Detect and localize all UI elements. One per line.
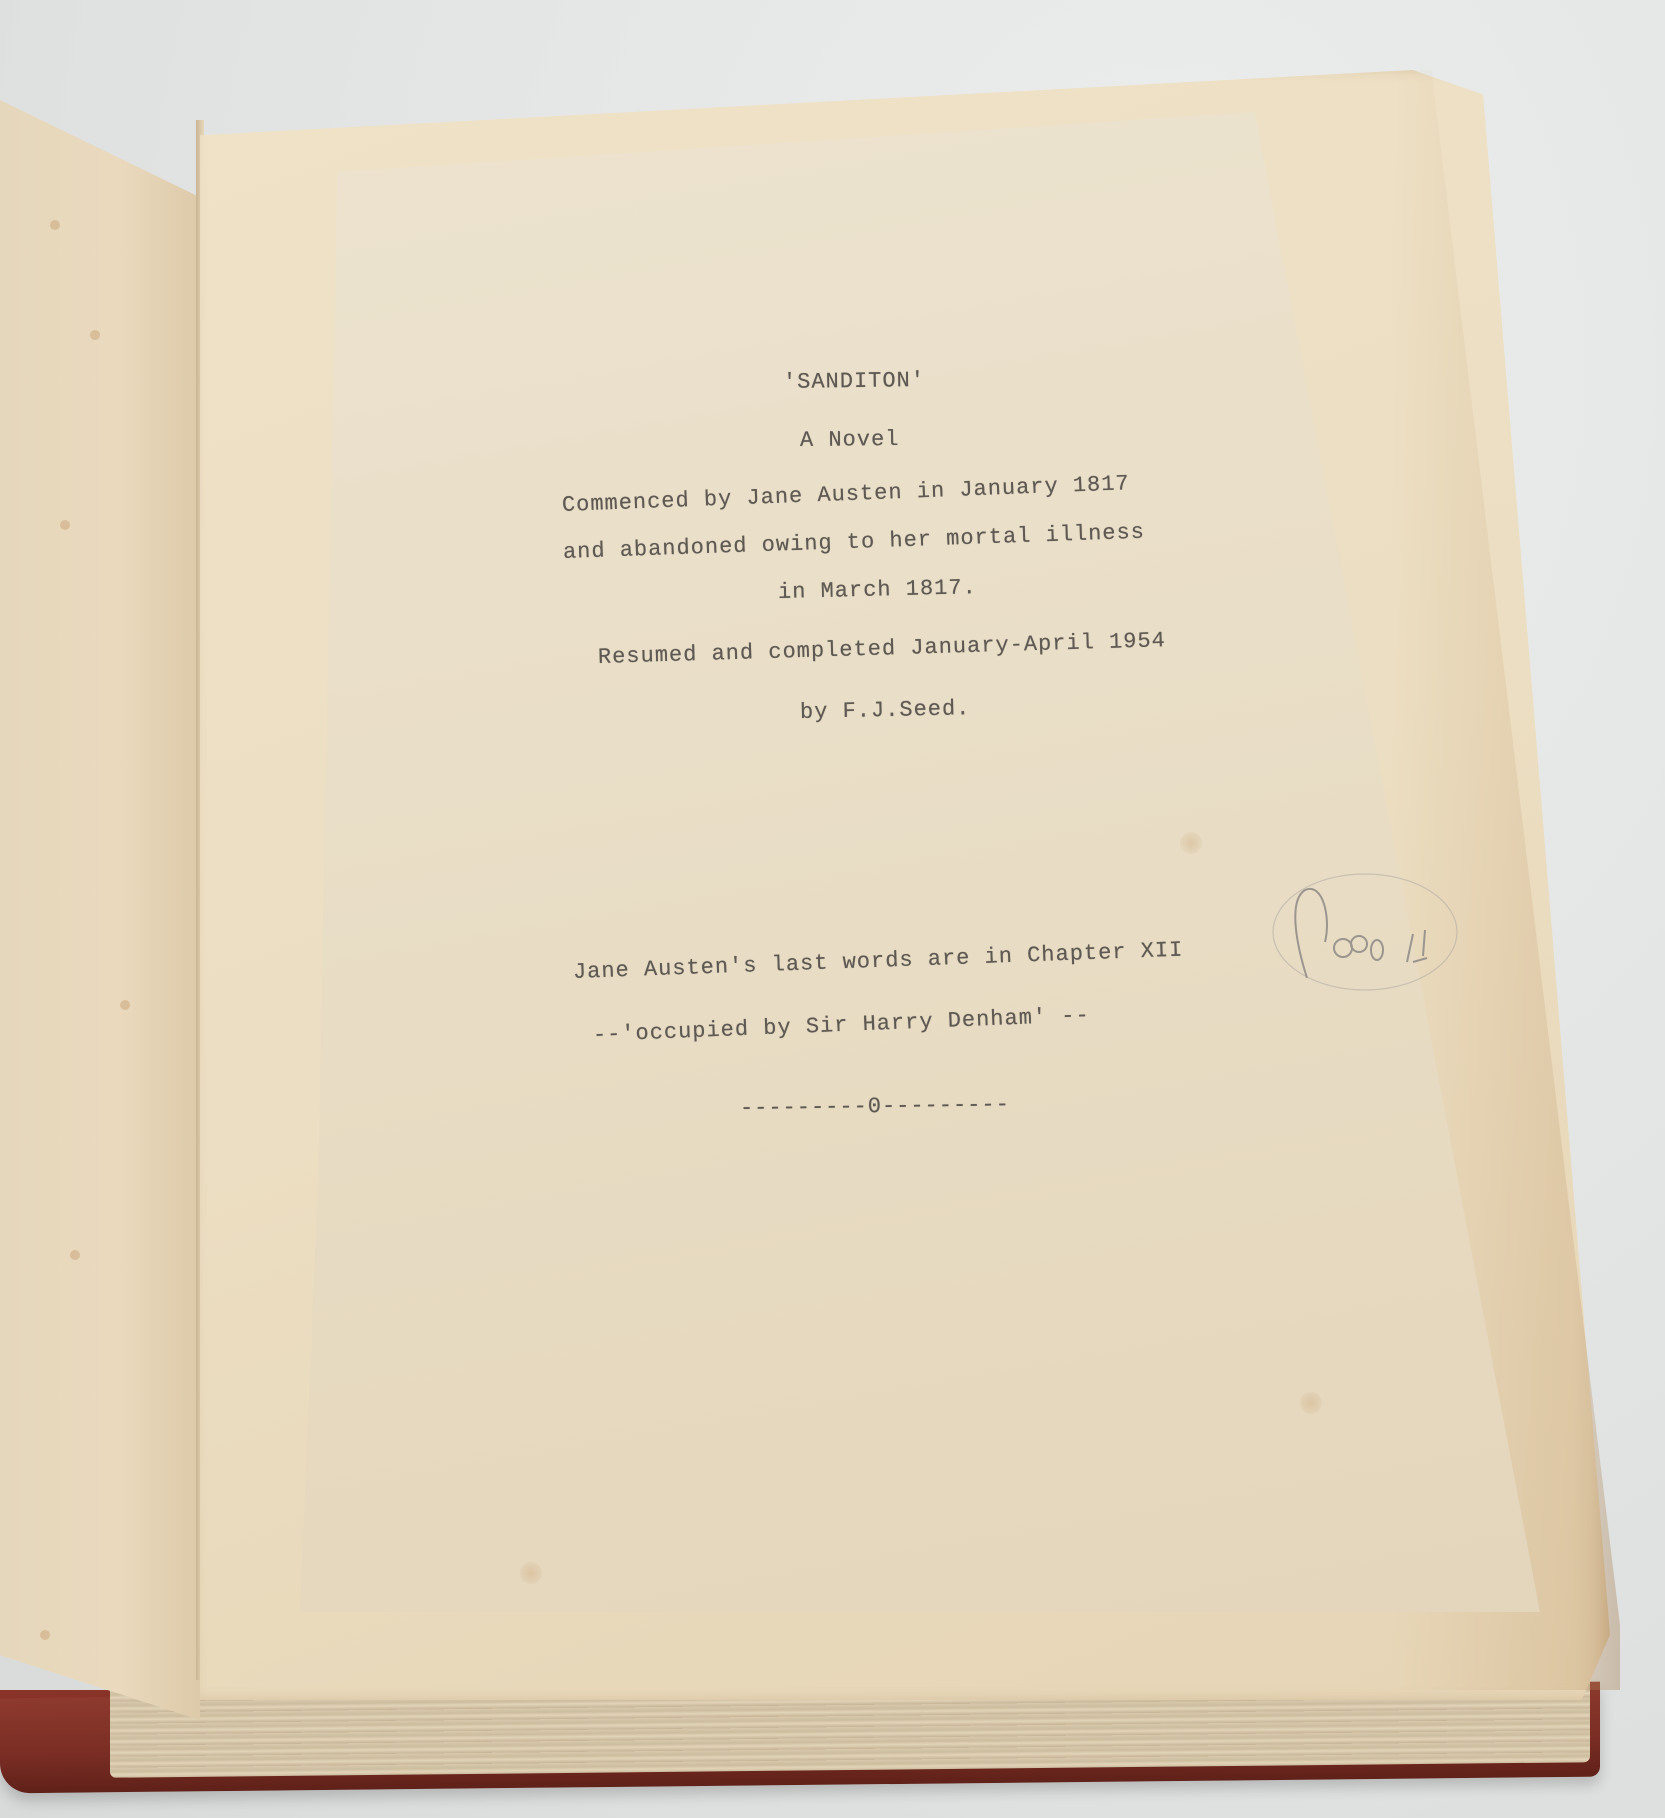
- foxing-spot: [70, 1250, 80, 1260]
- foxing-spot: [60, 520, 70, 530]
- foxing-spot: [50, 220, 60, 230]
- foxing-spot: [120, 1000, 130, 1010]
- foxing-spot: [1300, 1392, 1322, 1414]
- march-line: in March 1817.: [778, 575, 977, 605]
- foxing-spot: [520, 1562, 542, 1584]
- handwritten-page-note-icon: [1265, 870, 1465, 1000]
- document-title: 'SANDITON': [783, 368, 925, 395]
- foxing-spot: [90, 330, 100, 340]
- author-line: by F.J.Seed.: [800, 696, 971, 725]
- pencil-annotation: Page 41: [1265, 870, 1465, 1000]
- foxing-spot: [1180, 832, 1202, 854]
- foxing-spot: [40, 1630, 50, 1640]
- section-divider: ---------0---------: [740, 1092, 1010, 1121]
- document-subtitle: A Novel: [800, 427, 900, 453]
- left-page: [0, 100, 200, 1720]
